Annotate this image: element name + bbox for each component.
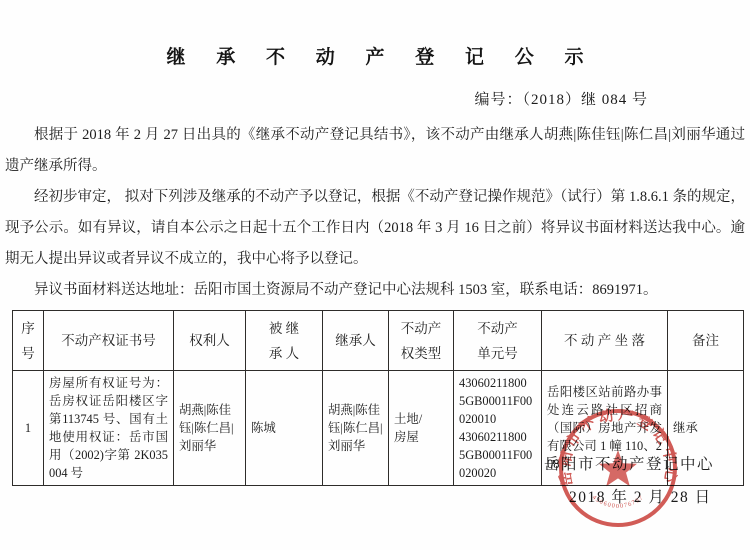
col-header-unit-no: 不动产 单元号 (454, 311, 542, 371)
doc-number: 编号：（2018）继 084 号 (0, 88, 750, 109)
col-header-location: 不 动 产 坐 落 (542, 311, 668, 371)
cell-right-holder: 胡燕|陈佳钰|陈仁昌|刘丽华 (174, 371, 246, 486)
cell-index: 1 (13, 371, 44, 486)
notice-paragraph-basis: 根据于 2018 年 2 月 27 日出具的《继承不动产登记具结书》，该不动产由… (5, 120, 745, 182)
cell-cert-no: 房屋所有权证号为：岳房权证岳阳楼区字第113745 号、国有土地使用权证：岳市国… (44, 371, 174, 486)
col-header-right-holder: 权利人 (174, 311, 246, 371)
notice-paragraph-contact: 异议书面材料送达地址：岳阳市国土资源局不动产登记中心法规科 1503 室，联系电… (5, 275, 745, 306)
col-header-note: 备注 (668, 311, 744, 371)
col-header-right-type: 不动产 权类型 (389, 311, 454, 371)
col-header-index: 序号 (13, 311, 44, 371)
notice-document: 继 承 不 动 产 登 记 公 示 编号：（2018）继 084 号 根据于 2… (0, 0, 750, 550)
col-header-cert-no: 不动产权证书号 (44, 311, 174, 371)
col-header-heir: 继承人 (323, 311, 389, 371)
page-title: 继 承 不 动 产 登 记 公 示 (0, 0, 750, 69)
issuer-name: 岳阳市不动产登记中心 (544, 452, 714, 474)
cell-decedent: 陈城 (246, 371, 323, 486)
issue-date: 2018 年 2 月 28 日 (569, 485, 712, 507)
cell-right-type: 土地/ 房屋 (389, 371, 454, 486)
col-header-decedent: 被 继 承 人 (246, 311, 323, 371)
table-header-row: 序号 不动产权证书号 权利人 被 继 承 人 继承人 不动产 权类型 不动产 单… (13, 311, 744, 371)
notice-paragraph-review: 经初步审定， 拟对下列涉及继承的不动产予以登记，根据《不动产登记操作规范》（试行… (5, 182, 745, 275)
notice-body: 根据于 2018 年 2 月 27 日出具的《继承不动产登记具结书》，该不动产由… (5, 120, 745, 306)
cell-heir: 胡燕|陈佳钰|陈仁昌|刘丽华 (323, 371, 389, 486)
cell-unit-no: 43060211800 5GB00011F00 020010 430602118… (454, 371, 542, 486)
